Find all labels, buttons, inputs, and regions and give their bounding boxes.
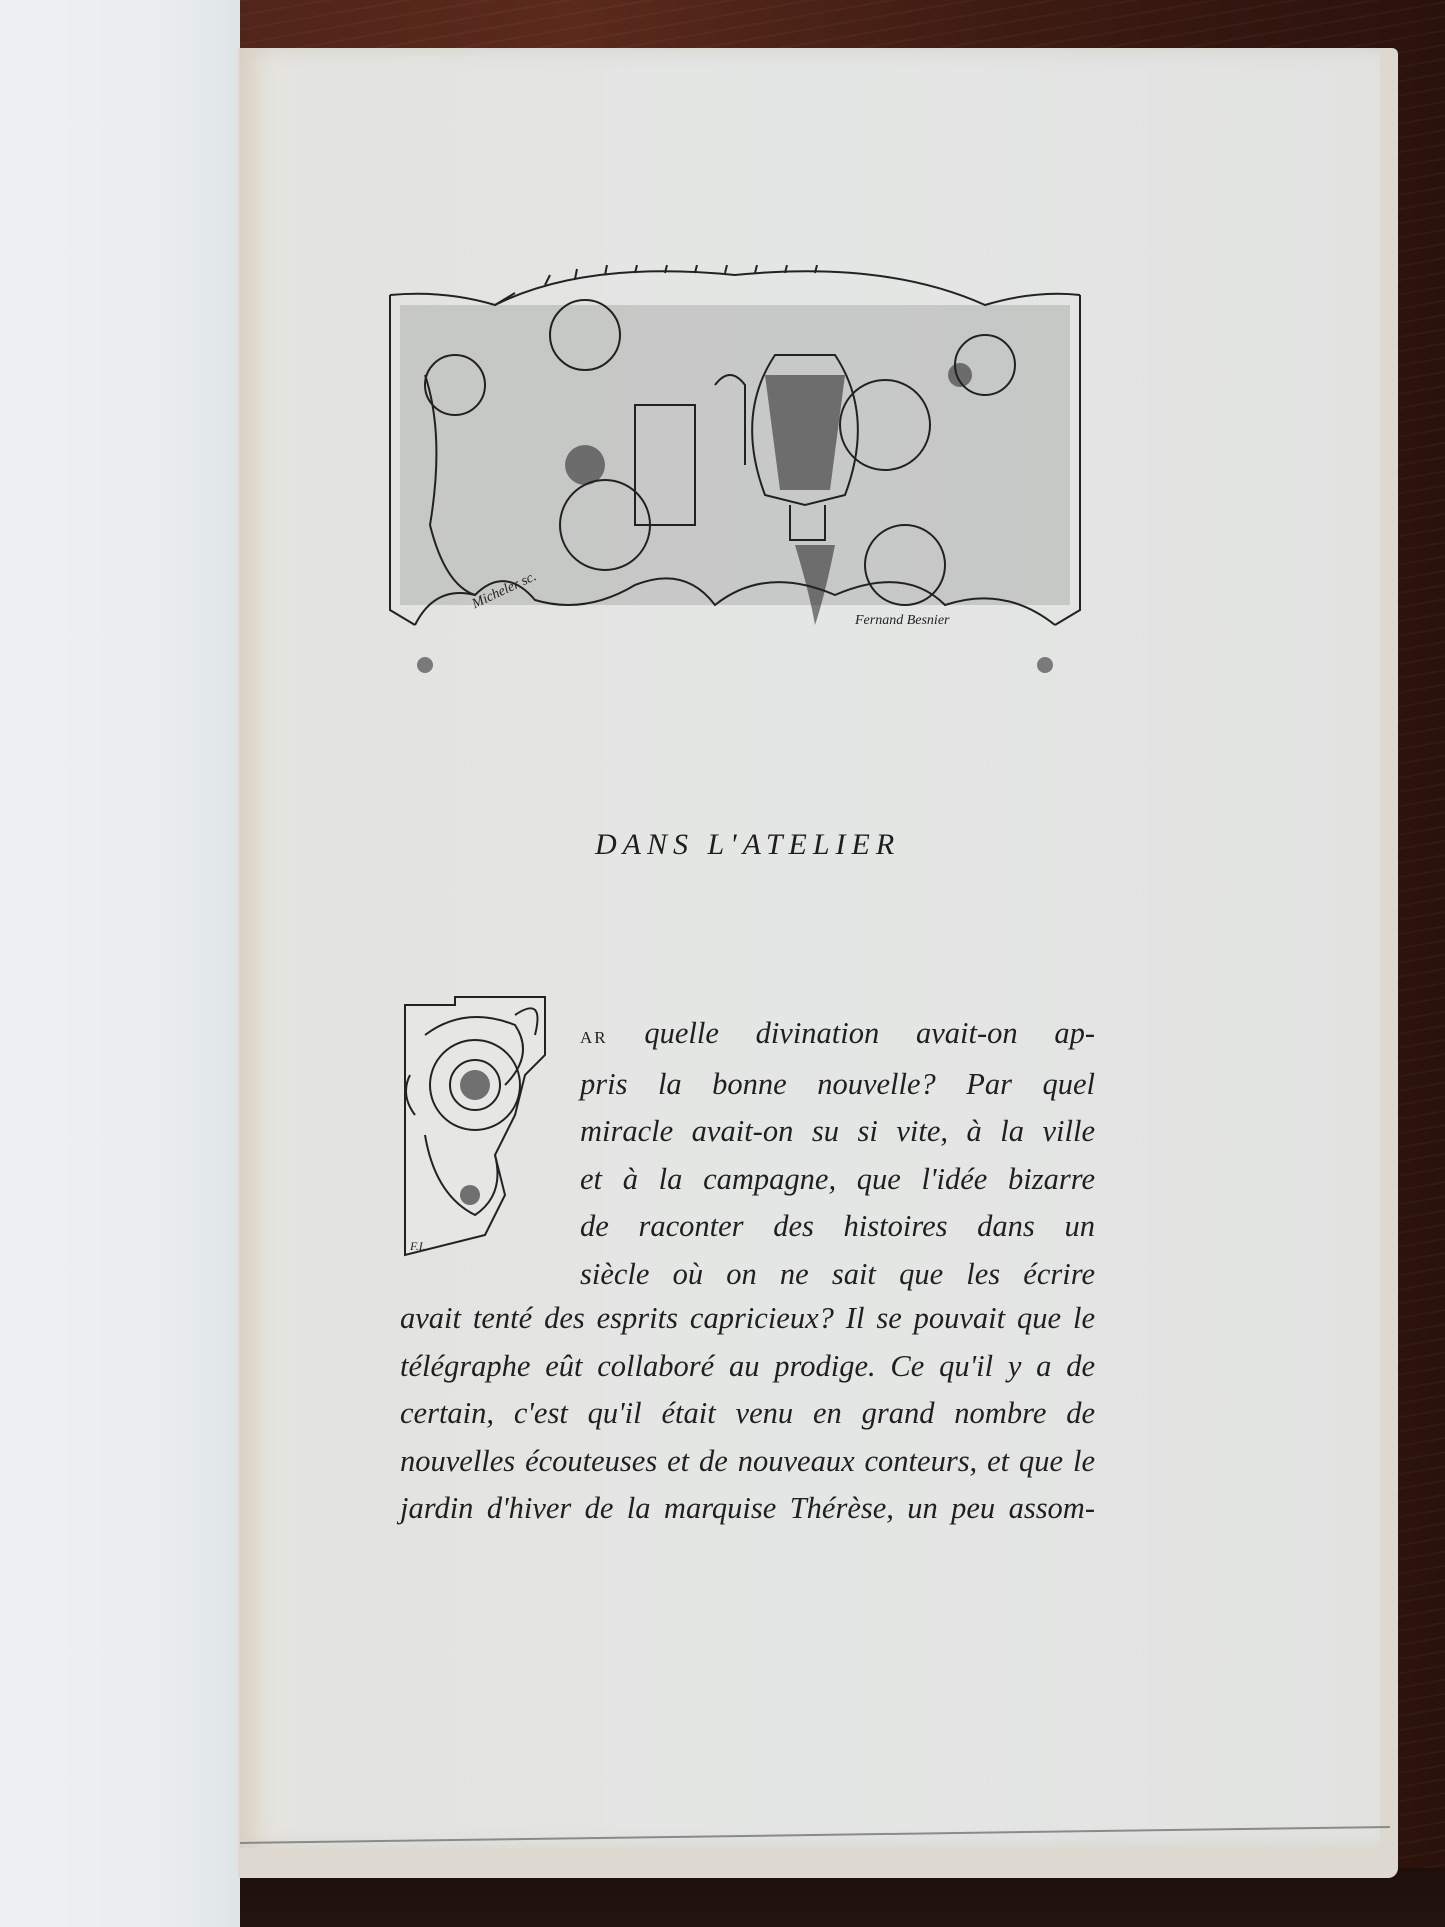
text-line: pris la bonne nouvelle? Par quel — [580, 1061, 1095, 1109]
ornamental-dropcap: F.I. — [395, 995, 555, 1260]
rococo-vignette-icon — [385, 265, 1085, 705]
chapter-title: Dans l'Atelier — [595, 828, 1015, 862]
indented-paragraph: ar quelle divination avait-on ap- pris l… — [580, 1010, 1095, 1298]
text-line: siècle où on ne sait que les écrire — [580, 1251, 1095, 1299]
text-line: ar quelle divination avait-on ap- — [580, 1010, 1095, 1061]
text-line: certain, c'est qu'il était venu en grand… — [400, 1390, 1095, 1438]
text-line: télégraphe eût collaboré au prodige. Ce … — [400, 1343, 1095, 1391]
text-line: miracle avait-on su si vite, à la ville — [580, 1108, 1095, 1156]
text-line: avait tenté des esprits capricieux? Il s… — [400, 1295, 1095, 1343]
svg-text:F.I.: F.I. — [409, 1239, 426, 1253]
chapter-header-illustration: Micheler sc. Fernand Besnier — [385, 265, 1085, 705]
full-width-paragraph: avait tenté des esprits capricieux? Il s… — [400, 1295, 1095, 1533]
left-page — [0, 0, 240, 1927]
text-line: jardin d'hiver de la marquise Thérèse, u… — [400, 1485, 1095, 1533]
text-line: de raconter des histoires dans un — [580, 1203, 1095, 1251]
text-line: nouvelles écouteuses et de nouveaux cont… — [400, 1438, 1095, 1486]
artist-signature: Fernand Besnier — [855, 613, 949, 629]
dropcap-continuation: ar — [580, 1023, 608, 1049]
text-line: et à la campagne, que l'idée bizarre — [580, 1156, 1095, 1204]
decorated-letter-p-icon: F.I. — [395, 995, 555, 1260]
